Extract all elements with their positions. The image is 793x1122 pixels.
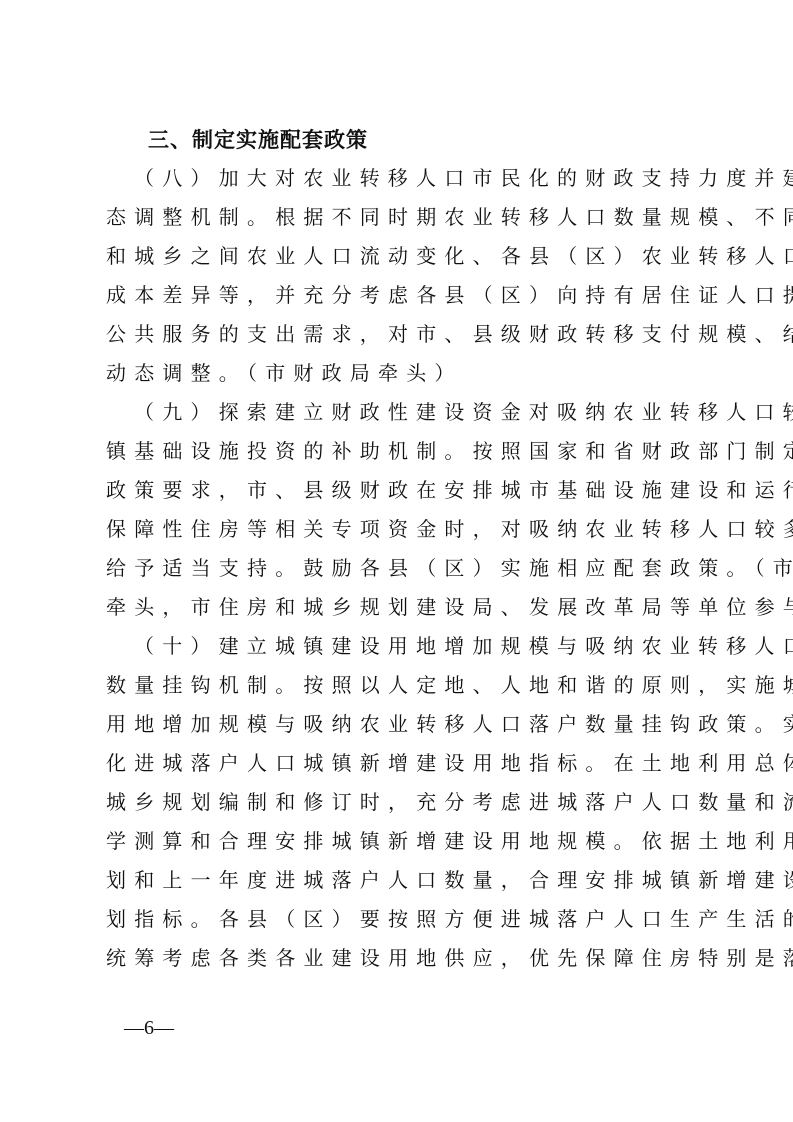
paragraph-line: 划指标。各县（区）要按照方便进城落户人口生产生活的要求， xyxy=(106,905,698,933)
paragraph-line: 动态调整。（市财政局牵头） xyxy=(106,359,698,387)
paragraph-line: （九）探索建立财政性建设资金对吸纳农业转移人口较多城 xyxy=(134,398,698,426)
page-number: —6— xyxy=(124,1016,174,1040)
paragraph-line: 和城乡之间农业人口流动变化、各县（区）农业转移人口市民化 xyxy=(106,242,698,270)
paragraph-line: （八）加大对农业转移人口市民化的财政支持力度并建立动 xyxy=(134,164,698,192)
paragraph-line: 数量挂钩机制。按照以人定地、人地和谐的原则，实施城镇建设 xyxy=(106,671,698,699)
paragraph-line: 牵头，市住房和城乡规划建设局、发展改革局等单位参与） xyxy=(106,593,698,621)
paragraph-line: 学测算和合理安排城镇新增建设用地规模。依据土地利用总体规 xyxy=(106,827,698,855)
section-heading: 三、制定实施配套政策 xyxy=(148,126,368,154)
paragraph-line: 成本差异等，并充分考虑各县（区）向持有居住证人口提供基本 xyxy=(106,281,698,309)
paragraph-line: 政策要求，市、县级财政在安排城市基础设施建设和运行维护、 xyxy=(106,476,698,504)
paragraph-line: 化进城落户人口城镇新增建设用地指标。在土地利用总体规划、 xyxy=(106,749,698,777)
paragraph-line: 镇基础设施投资的补助机制。按照国家和省财政部门制定的相关 xyxy=(106,437,698,465)
paragraph-line: 用地增加规模与吸纳农业转移人口落户数量挂钩政策。实施差别 xyxy=(106,710,698,738)
paragraph-line: （十）建立城镇建设用地增加规模与吸纳农业转移人口落户 xyxy=(134,632,698,660)
paragraph-line: 公共服务的支出需求，对市、县级财政转移支付规模、结构进行 xyxy=(106,320,698,348)
paragraph-line: 保障性住房等相关专项资金时，对吸纳农业转移人口较多的城镇 xyxy=(106,515,698,543)
paragraph-line: 统筹考虑各类各业建设用地供应，优先保障住房特别是落户人口 xyxy=(106,944,698,972)
paragraph-line: 态调整机制。根据不同时期农业转移人口数量规模、不同县（区） xyxy=(106,203,698,231)
paragraph-line: 给予适当支持。鼓励各县（区）实施相应配套政策。（市财政局 xyxy=(106,554,698,582)
paragraph-line: 城乡规划编制和修订时，充分考虑进城落户人口数量和流向，科 xyxy=(106,788,698,816)
paragraph-line: 划和上一年度进城落户人口数量，合理安排城镇新增建设用地计 xyxy=(106,866,698,894)
document-page: 三、制定实施配套政策 （八）加大对农业转移人口市民化的财政支持力度并建立动 态调… xyxy=(0,0,793,1122)
